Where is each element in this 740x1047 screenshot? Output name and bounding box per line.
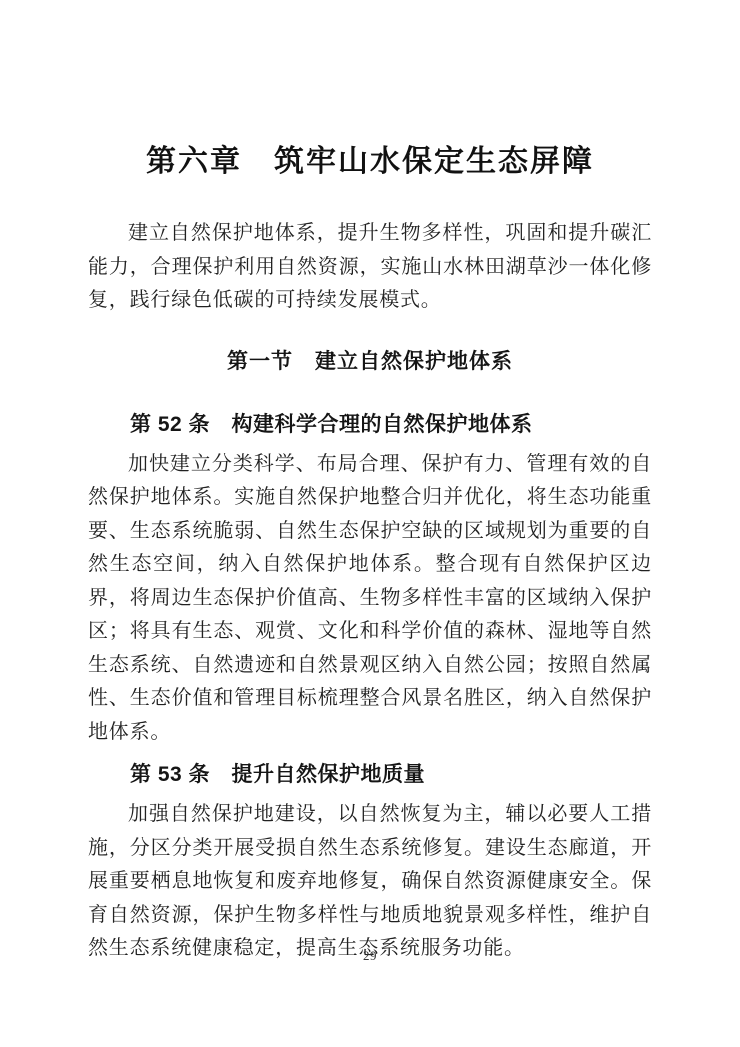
article-53-body: 加强自然保护地建设，以自然恢复为主，辅以必要人工措施，分区分类开展受损自然生态系…: [88, 798, 652, 966]
intro-paragraph: 建立自然保护地体系，提升生物多样性，巩固和提升碳汇能力，合理保护利用自然资源，实…: [88, 217, 652, 318]
article-52-heading: 第 52 条 构建科学合理的自然保护地体系: [88, 410, 652, 440]
article-53-heading: 第 53 条 提升自然保护地质量: [88, 760, 652, 790]
section-title: 第一节 建立自然保护地体系: [88, 348, 652, 376]
document-page: 第六章 筑牢山水保定生态屏障 建立自然保护地体系，提升生物多样性，巩固和提升碳汇…: [0, 0, 740, 1047]
page-number: 29: [0, 948, 740, 964]
chapter-title: 第六章 筑牢山水保定生态屏障: [88, 143, 652, 181]
article-52-body: 加快建立分类科学、布局合理、保护有力、管理有效的自然保护地体系。实施自然保护地整…: [88, 448, 652, 750]
